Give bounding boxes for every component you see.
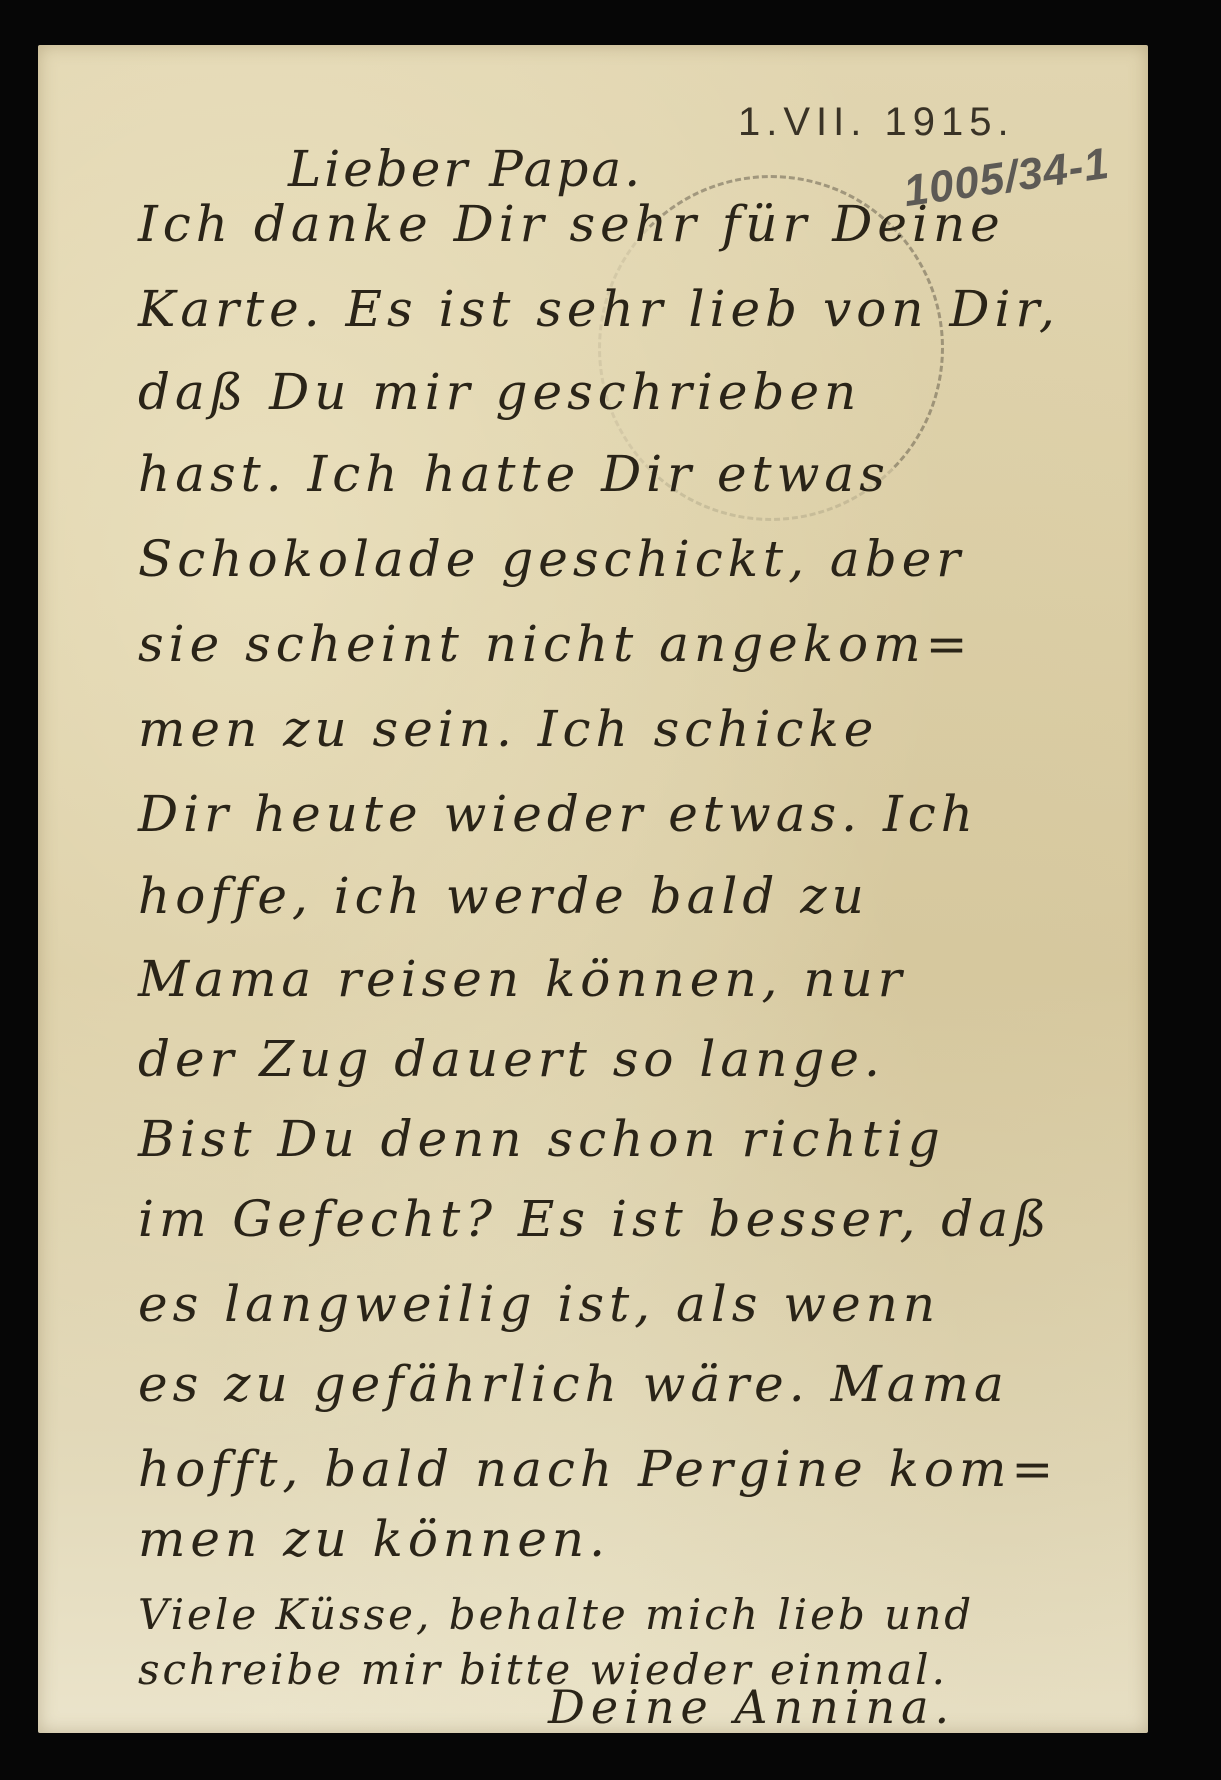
letter-line: sie scheint nicht angekom= [138, 615, 972, 673]
salutation: Lieber Papa. [288, 140, 643, 198]
letter-line: Karte. Es ist sehr lieb von Dir, [138, 280, 1060, 338]
postcard: 1.VII. 1915. 1005/34-1 Lieber Papa. Ich … [38, 45, 1148, 1733]
letter-line: hast. Ich hatte Dir etwas [138, 445, 890, 503]
date-text: 1.VII. 1915. [738, 100, 1015, 145]
signature: Deine Annina. [548, 1680, 955, 1734]
letter-line: men zu können. [138, 1510, 610, 1568]
letter-line: Ich danke Dir sehr für Deine [138, 195, 1005, 253]
letter-line: im Gefecht? Es ist besser, daß [138, 1190, 1052, 1248]
letter-line: hofft, bald nach Pergine kom= [138, 1440, 1058, 1498]
letter-line: es zu gefährlich wäre. Mama [138, 1355, 1009, 1413]
letter-line: Mama reisen können, nur [138, 950, 907, 1008]
letter-line: men zu sein. Ich schicke [138, 700, 878, 758]
letter-line: hoffe, ich werde bald zu [138, 867, 869, 925]
letter-line: Viele Küsse, behalte mich lieb und [138, 1590, 974, 1639]
letter-line: der Zug dauert so lange. [138, 1030, 885, 1088]
letter-line: Dir heute wieder etwas. Ich [138, 785, 978, 843]
letter-line: daß Du mir geschrieben [138, 363, 861, 421]
letter-line: Schokolade geschickt, aber [138, 530, 965, 588]
letter-line: es langweilig ist, als wenn [138, 1275, 940, 1333]
letter-line: Bist Du denn schon richtig [138, 1110, 945, 1168]
